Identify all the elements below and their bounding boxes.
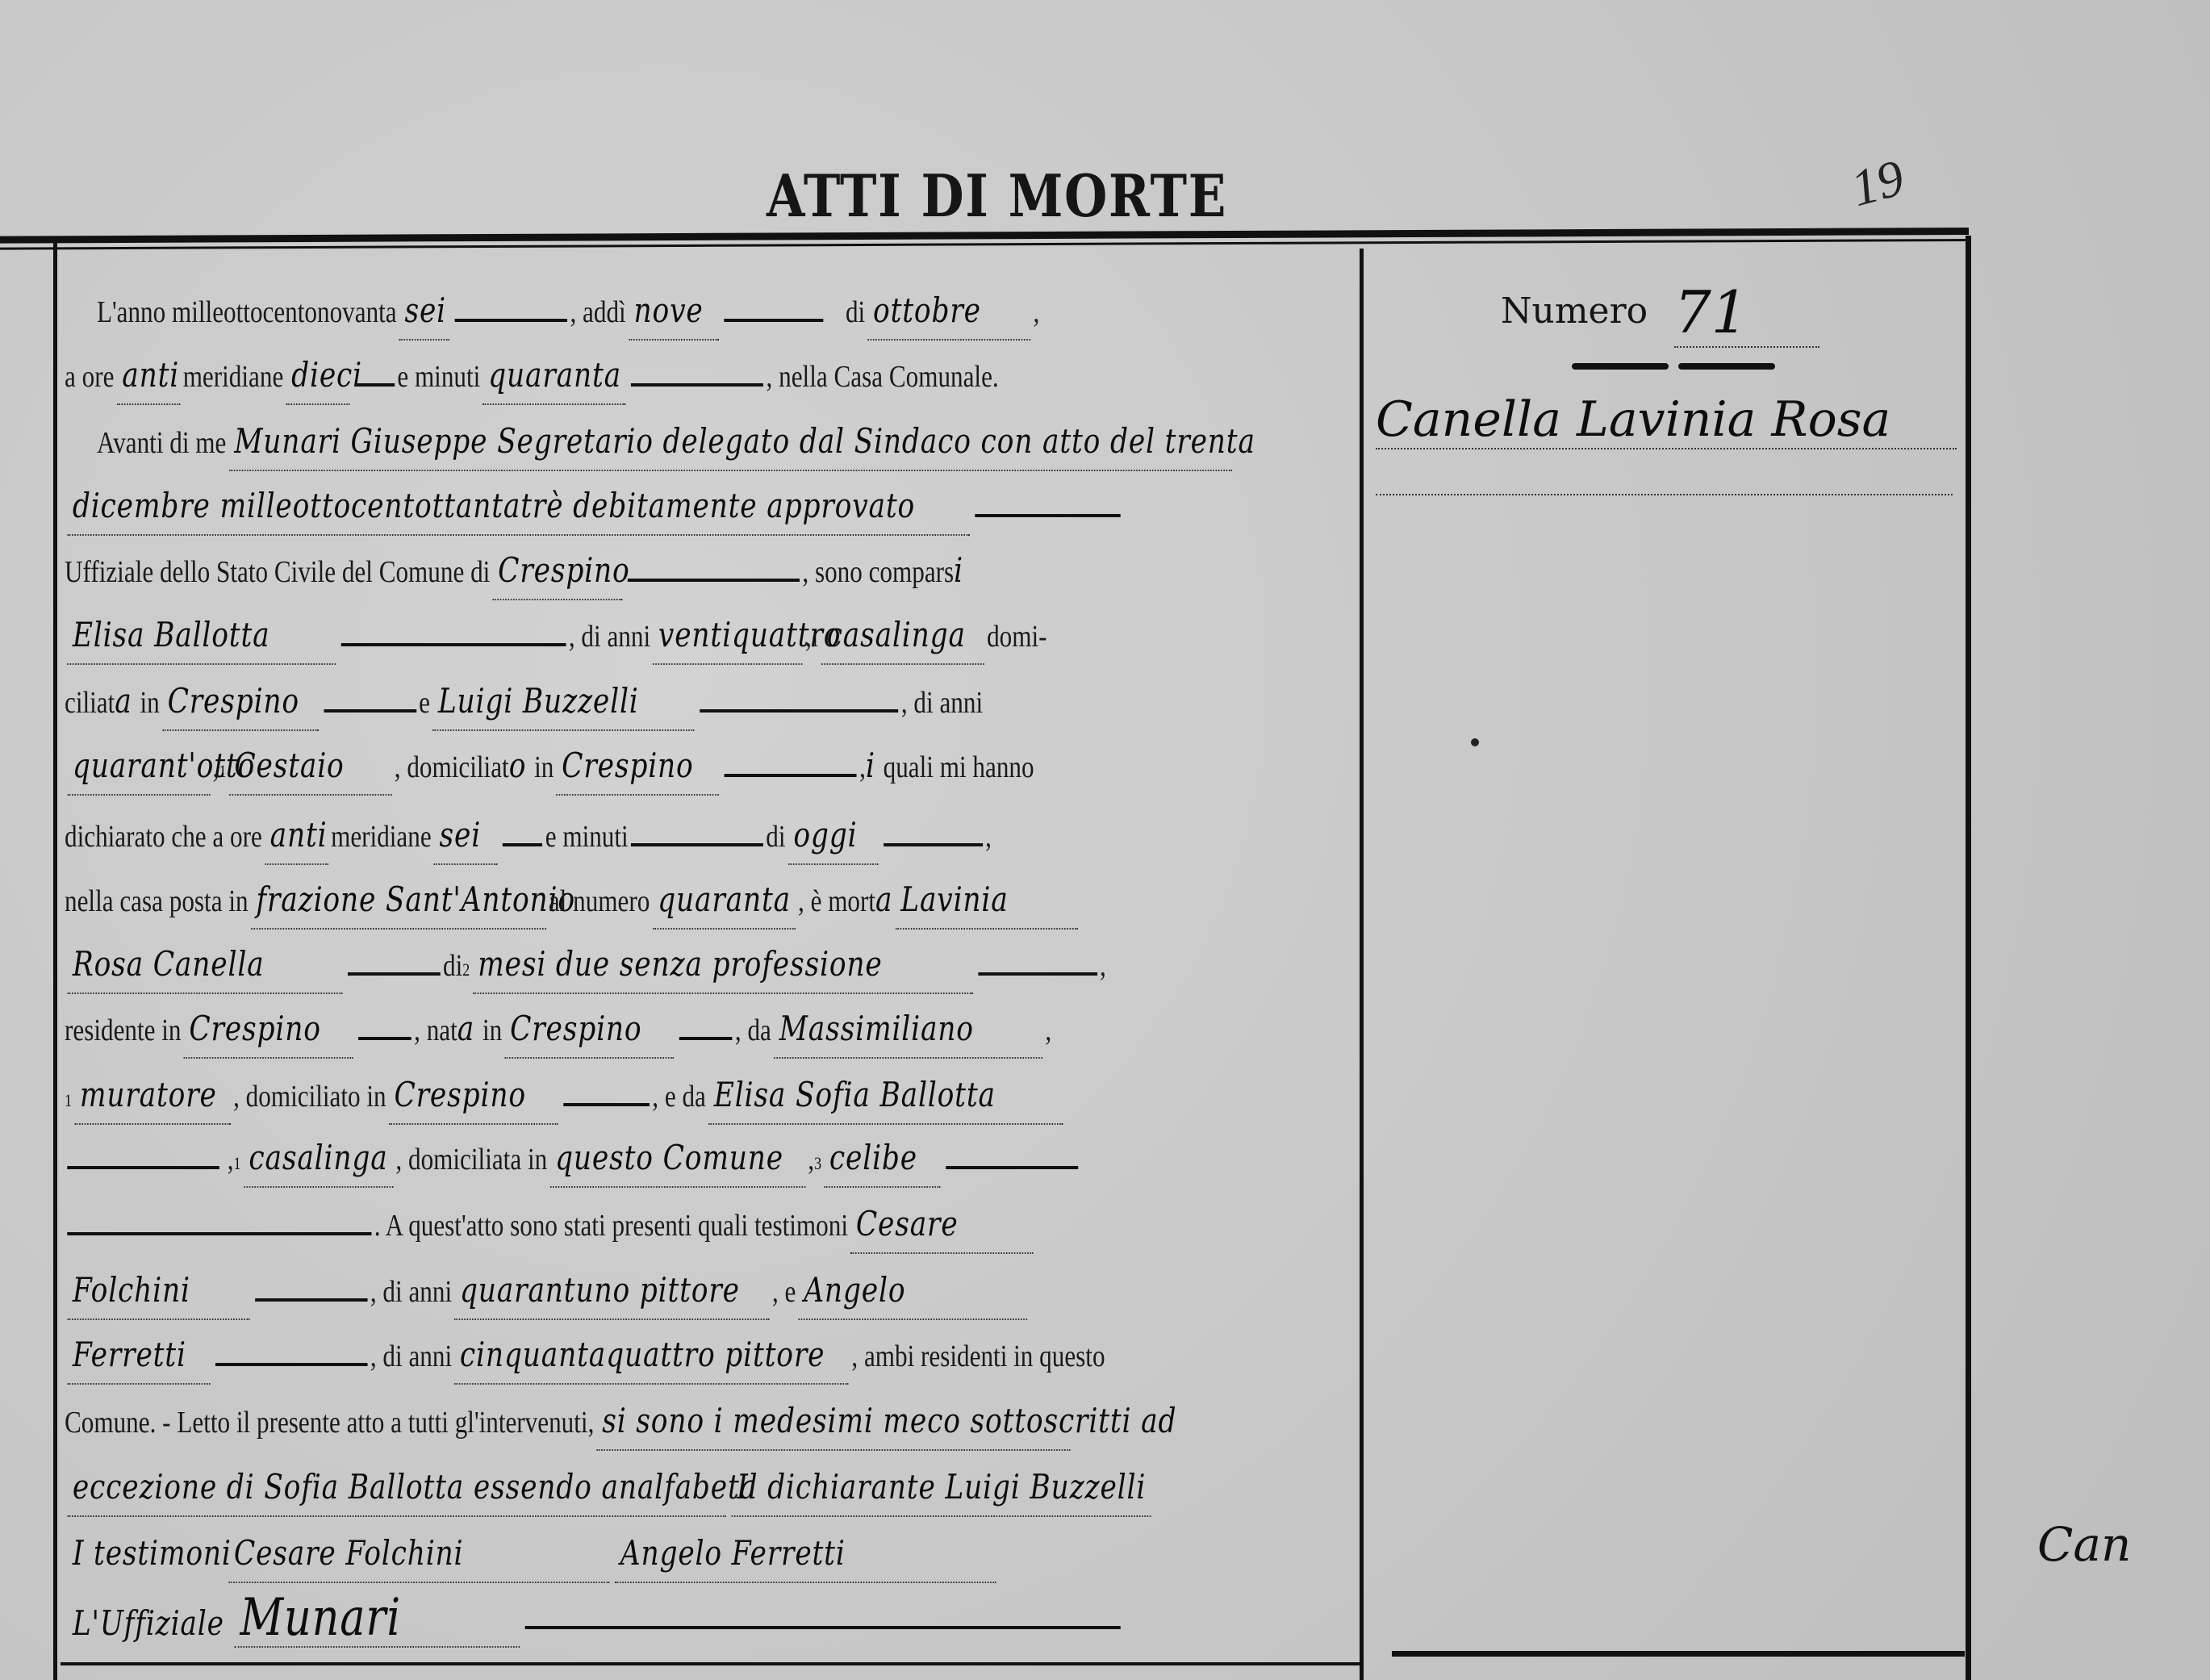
fill-rule	[324, 709, 416, 713]
fill-rule	[631, 843, 763, 846]
page-number: 19	[1845, 148, 1911, 219]
printed-text: in	[140, 675, 159, 731]
printed-text: , da	[735, 1002, 771, 1059]
record-line-7: ciliat a in Crespino e Luigi Buzzelli , …	[65, 673, 1123, 729]
fill-rule	[341, 643, 566, 646]
printed-text: e minuti	[545, 809, 629, 865]
field-declarant-2-job: Cestaio	[229, 738, 392, 796]
signature-witness-1: Cesare Folchini	[228, 1525, 609, 1583]
signature-officer: Munari	[235, 1590, 520, 1648]
label-officer: L'Uffiziale	[67, 1595, 229, 1652]
record-line-14: , 1 casalinga , domiciliata in questo Co…	[65, 1130, 1123, 1186]
field-witness-1-first-name: Cesare	[850, 1196, 1033, 1254]
field-mother-name: Elisa Sofia Ballotta	[708, 1067, 1063, 1125]
field-house-number: quaranta	[653, 871, 796, 930]
printed-text: , ambi residenti in questo	[851, 1328, 1105, 1385]
record-line-5: Uffiziale dello Stato Civile del Comune …	[65, 542, 1123, 599]
fill-rule	[631, 383, 763, 387]
label-witnesses: I testimoni	[67, 1525, 224, 1582]
field-declarants-residence: Crespino	[557, 738, 720, 796]
signature-declarant: Il dichiarante Luigi Buzzelli	[732, 1459, 1151, 1517]
field-comune: Crespino	[493, 542, 623, 600]
field-declarant-1-residence: Crespino	[162, 673, 319, 731]
printed-text: in	[483, 1002, 502, 1059]
record-line-18: Comune. - Letto il presente atto a tutti…	[65, 1393, 1123, 1449]
record-line-8: quarant'otto , 1 Cestaio , domiciliat o …	[65, 738, 1123, 794]
printed-text: , di anni	[370, 1264, 452, 1320]
margin-dotted-rule	[1376, 494, 1953, 495]
printed-text: dichiarato che a ore	[65, 809, 262, 865]
record-line-9: dichiarato che a ore anti meridiane sei …	[65, 807, 1123, 863]
printed-text: , domiciliato in	[233, 1068, 386, 1125]
fill-rule	[455, 319, 567, 322]
decorative-swash	[1572, 363, 1669, 370]
printed-text: ,	[985, 809, 992, 865]
frame-left-border	[53, 242, 57, 1680]
field-suffix: a	[115, 673, 132, 729]
margin-side-note: Can	[2037, 1517, 2131, 1572]
margin-bottom-rule	[1392, 1651, 1965, 1657]
field-declarant-1-age: ventiquattro	[653, 607, 802, 665]
printed-text: in	[534, 739, 554, 796]
printed-text: ,	[213, 739, 219, 796]
field-father-job: muratore	[74, 1067, 231, 1125]
frame-right-border	[1966, 236, 1971, 1680]
printed-text: , nella Casa Comunale.	[767, 349, 999, 405]
field-deceased-name: Rosa Canella	[67, 936, 342, 994]
field-death-hour: sei	[434, 807, 498, 865]
fill-rule	[358, 1037, 412, 1040]
printed-text: , è mort	[798, 873, 875, 930]
printed-text: ,	[1033, 284, 1039, 341]
numero-label: Numero	[1501, 290, 1648, 332]
printed-text: , di anni	[569, 608, 650, 665]
printed-text: , sono compars	[802, 544, 954, 600]
field-birthplace: Crespino	[505, 1001, 675, 1059]
record-number: 71	[1674, 278, 1819, 348]
printed-text: e	[419, 675, 430, 731]
record-line-11: Rosa Canella di 2 mesi due senza profess…	[65, 936, 1123, 993]
printed-text: ,	[1100, 938, 1106, 994]
field-year: sei	[399, 282, 449, 341]
fill-rule	[679, 1037, 733, 1040]
record-line-1: L'anno milleottocentonovanta sei , addì …	[97, 282, 1155, 339]
field-hour: dieci	[286, 347, 350, 405]
printed-text: quali mi hanno	[884, 739, 1034, 796]
fill-rule	[725, 774, 857, 777]
field-declarant-2-age: quarant'otto	[67, 738, 210, 796]
printed-text: ciliat	[65, 675, 115, 731]
field-period: anti	[117, 347, 181, 405]
field-deceased-residence: Crespino	[184, 1001, 353, 1059]
field-delegation: dicembre milleottocentottantatrè debitam…	[67, 478, 969, 536]
printed-text: e minuti	[397, 349, 480, 405]
printed-text: meridiane	[331, 809, 432, 865]
record-line-4: dicembre milleottocentottantatrè debitam…	[65, 478, 1123, 534]
printed-text: ,	[808, 1131, 814, 1188]
printed-text: di	[443, 938, 462, 994]
printed-text: Comune. - Letto il presente atto a tutti…	[65, 1394, 594, 1451]
decorative-swash	[1678, 363, 1775, 370]
printed-text: , e da	[652, 1068, 706, 1125]
fill-rule	[67, 1232, 371, 1235]
record-line-19: eccezione di Sofia Ballotta essendo anal…	[65, 1459, 1123, 1515]
field-declarant-1-job: casalinga	[821, 607, 984, 665]
printed-text: , addì	[570, 284, 625, 341]
page-title: ATTI DI MORTE	[767, 161, 1227, 230]
printed-text: L'anno milleottocentonovanta	[97, 284, 397, 341]
printed-text: domi-	[987, 608, 1047, 665]
printed-text: . A quest'atto sono stati presenti quali…	[374, 1197, 848, 1254]
fill-rule	[628, 579, 800, 582]
record-line-6: Elisa Ballotta , di anni ventiquattro , …	[65, 607, 1123, 663]
column-divider	[1360, 249, 1364, 1680]
field-witness-1-age-job: quarantuno pittore	[454, 1262, 769, 1320]
field-suffix: o	[509, 738, 527, 794]
fill-rule	[563, 1103, 650, 1106]
field-death-day: oggi	[788, 807, 879, 865]
ink-spot	[1471, 738, 1479, 746]
field-deceased-first-name: Lavinia	[896, 871, 1078, 930]
deceased-name-margin: Canella Lavinia Rosa	[1376, 391, 1957, 449]
signature-witness-2: Angelo Ferretti	[615, 1525, 996, 1583]
field-suffix: a	[457, 1001, 474, 1057]
fill-rule	[255, 1298, 367, 1302]
field-death-place: frazione Sant'Antonio	[251, 871, 546, 930]
fill-rule	[724, 319, 823, 322]
record-line-20: I testimoni Cesare Folchini Angelo Ferre…	[65, 1525, 1123, 1582]
printed-text: Avanti di me	[97, 415, 226, 471]
fill-rule	[67, 1166, 219, 1169]
printed-text: , e	[772, 1264, 796, 1320]
field-father-residence: Crespino	[389, 1067, 558, 1125]
printed-text: , domiciliat	[395, 739, 509, 796]
field-suffix: i	[866, 738, 875, 794]
printed-text: di	[846, 284, 865, 341]
printed-text: al numero	[549, 873, 650, 930]
record-line-15: . A quest'atto sono stati presenti quali…	[65, 1196, 1123, 1252]
record-line-12: residente in Crespino , nat a in Crespin…	[65, 1001, 1123, 1057]
fill-rule	[348, 972, 441, 976]
record-line-2: a ore anti meridiane dieci e minuti quar…	[65, 347, 1123, 403]
fill-rule	[884, 843, 983, 846]
field-deceased-age-profession: mesi due senza professione	[473, 936, 973, 994]
field-suffix: a	[875, 871, 892, 928]
field-declarant-1-name: Elisa Ballotta	[67, 607, 336, 665]
field-declarant-2-name: Luigi Buzzelli	[432, 673, 695, 731]
field-minutes: quaranta	[483, 347, 626, 405]
printed-text: ,	[1045, 1002, 1051, 1059]
printed-text: , di anni	[370, 1328, 452, 1385]
field-death-period: anti	[265, 807, 328, 865]
field-witness-2-age-job: cinquantaquattro pittore	[454, 1327, 849, 1385]
fill-rule	[700, 709, 899, 713]
record-line-10: nella casa posta in frazione Sant'Antoni…	[65, 871, 1123, 928]
field-closing-statement: si sono i medesimi meco sottoscritti ad	[597, 1393, 1071, 1451]
printed-text: ,	[805, 608, 812, 665]
record-line-16: Folchini , di anni quarantuno pittore , …	[65, 1262, 1123, 1319]
record-line-17: Ferretti , di anni cinquantaquattro pitt…	[65, 1327, 1123, 1383]
record-line-3: Avanti di me Munari Giuseppe Segretario …	[97, 413, 1155, 470]
printed-text: ,	[859, 739, 866, 796]
printed-text: , nat	[414, 1002, 457, 1059]
fill-rule	[975, 514, 1120, 517]
field-witness-2-first-name: Angelo	[799, 1262, 1028, 1320]
record-bottom-rule	[61, 1662, 1360, 1665]
record-line-13: 1 muratore , domiciliato in Crespino , e…	[65, 1067, 1123, 1123]
fill-rule	[525, 1626, 1121, 1629]
printed-text: meridiane	[183, 349, 284, 405]
field-marital-status: celibe	[824, 1130, 940, 1188]
field-exception-note: eccezione di Sofia Ballotta essendo anal…	[67, 1459, 726, 1517]
field-mother-job: casalinga	[244, 1130, 393, 1188]
printed-text: Uffiziale dello Stato Civile del Comune …	[65, 544, 490, 600]
field-officer: Munari Giuseppe Segretario delegato dal …	[229, 413, 1232, 471]
field-witness-2-surname: Ferretti	[67, 1327, 210, 1385]
printed-text: , di anni	[901, 675, 983, 731]
fill-rule	[978, 972, 1097, 976]
printed-text: residente in	[65, 1002, 181, 1059]
printed-text: nella casa posta in	[65, 873, 249, 930]
field-mother-residence: questo Comune	[549, 1130, 805, 1188]
printed-text: di	[766, 809, 785, 865]
field-witness-1-surname: Folchini	[67, 1262, 249, 1320]
field-day: nove	[629, 282, 719, 341]
fill-rule	[355, 383, 395, 387]
record-line-21: L'Uffiziale Munari	[65, 1590, 1123, 1646]
field-father-name: Massimiliano	[774, 1001, 1042, 1059]
fill-rule	[946, 1166, 1078, 1169]
field-month: ottobre	[867, 282, 1030, 341]
field-suffix: i	[954, 542, 963, 599]
fill-rule	[503, 843, 542, 846]
printed-text: , domiciliata in	[395, 1131, 547, 1188]
fill-rule	[215, 1363, 368, 1366]
printed-text: a ore	[65, 349, 114, 405]
